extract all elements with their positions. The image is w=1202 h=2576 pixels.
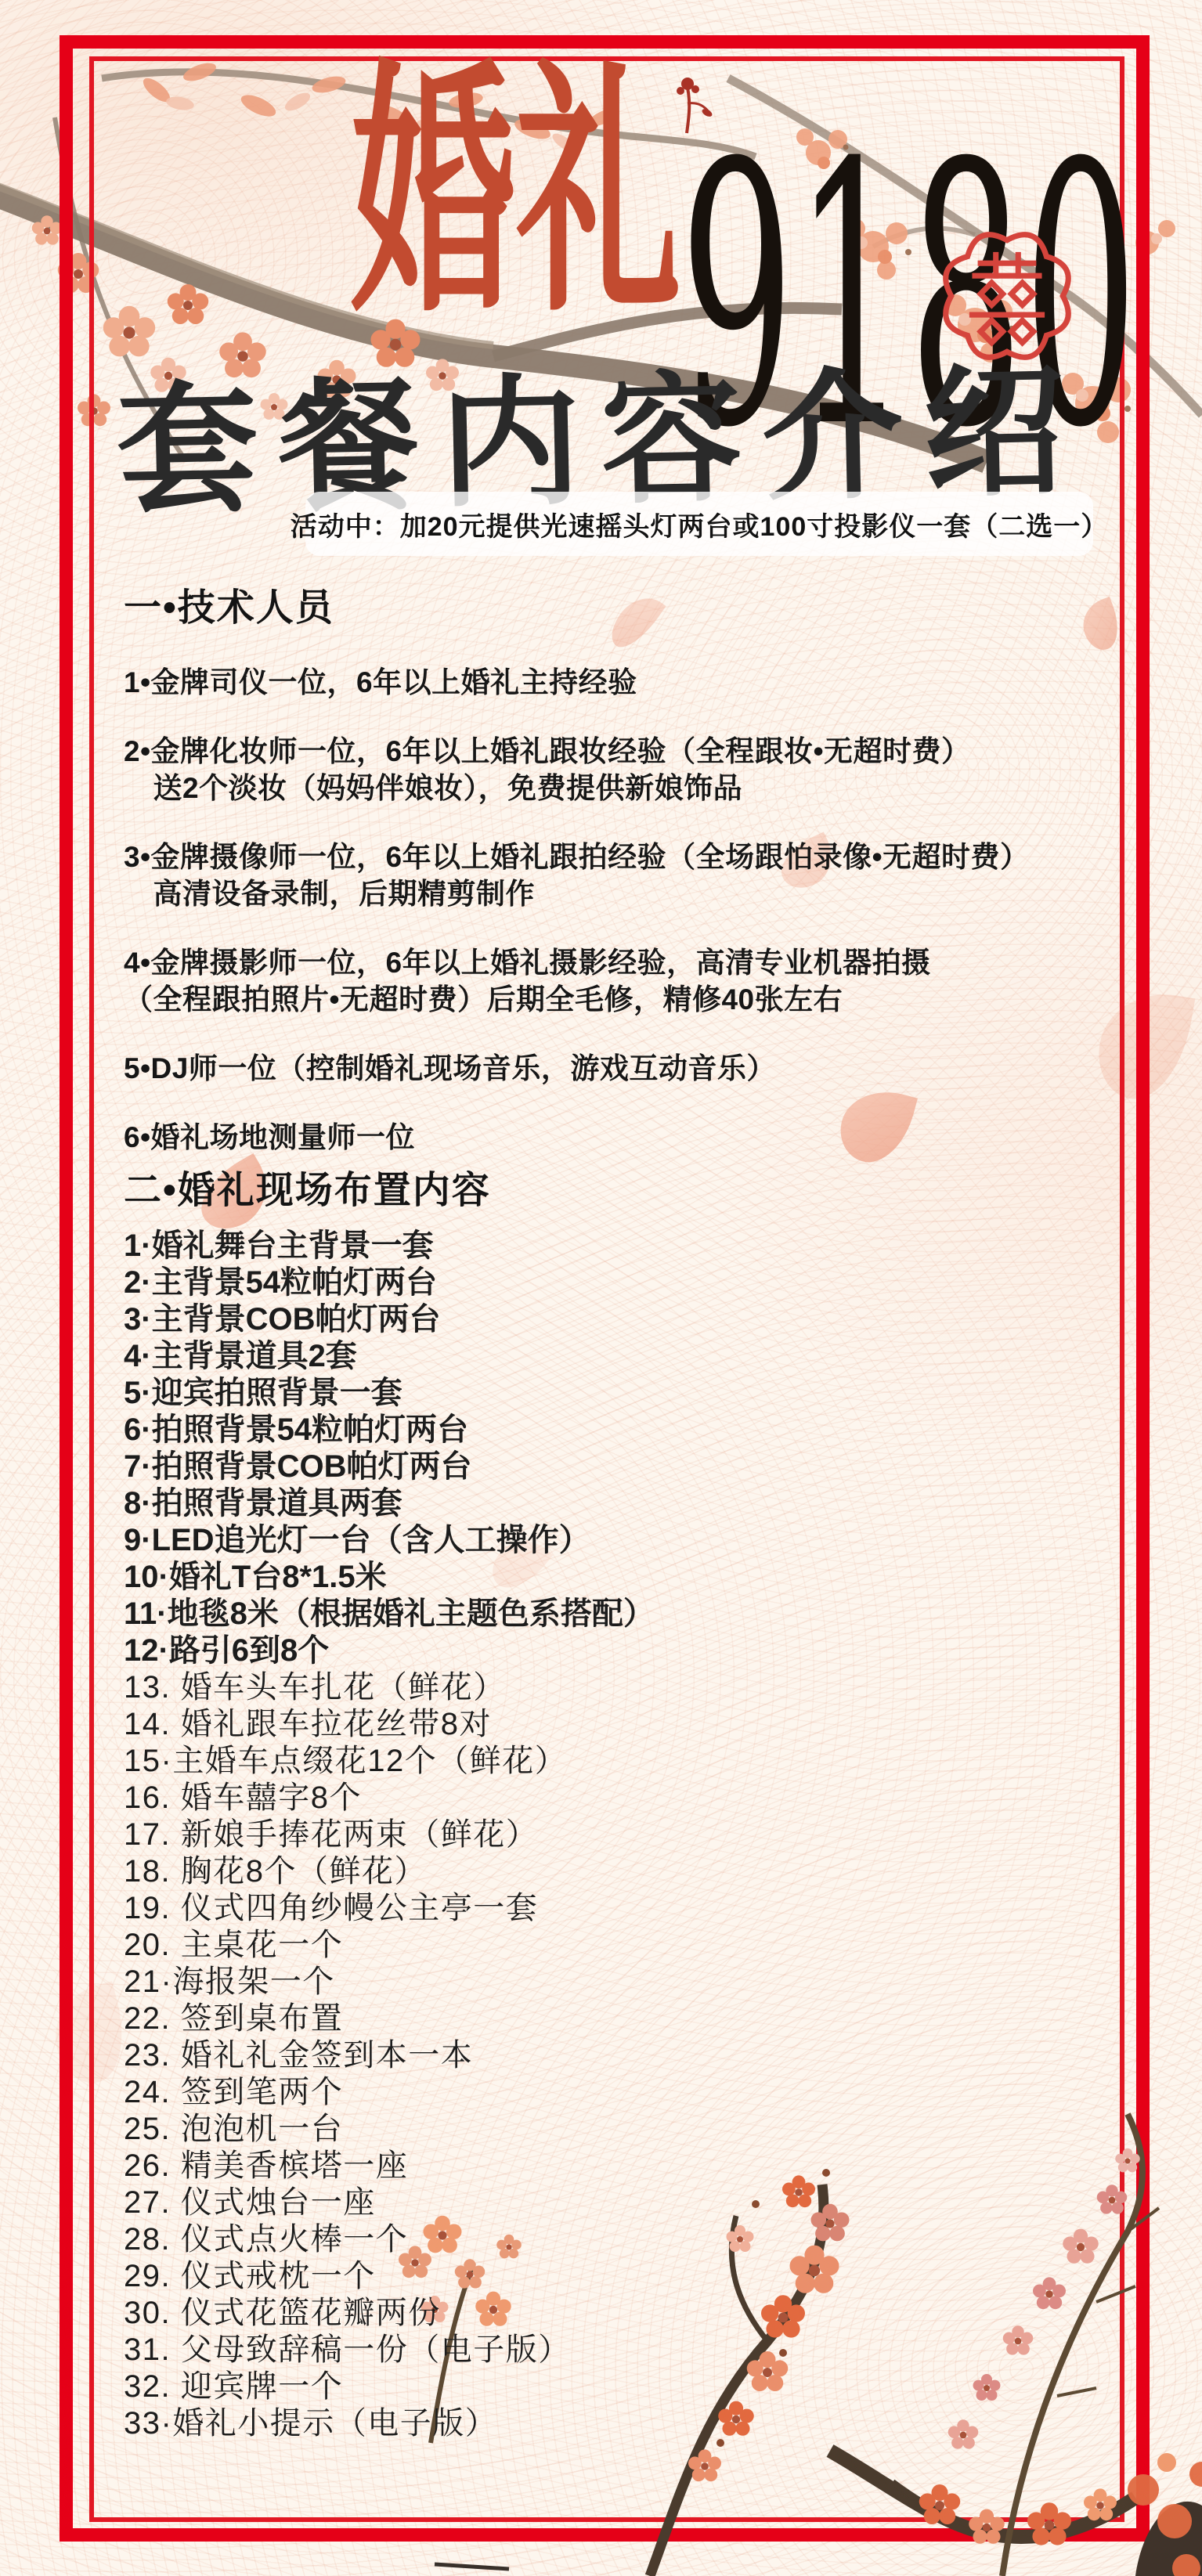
list-item: 1·婚礼舞台主背景一套 — [124, 1228, 1134, 1265]
list-item: 8·拍照背景道具两套 — [124, 1485, 1134, 1522]
section-staff: 一•技术人员 1•金牌司仪一位，6年以上婚礼主持经验2•金牌化妆师一位，6年以上… — [124, 586, 1134, 1188]
list-item: 4•金牌摄影师一位，6年以上婚礼摄影经验，高清专业机器拍摄 （全程跟拍照片•无超… — [124, 944, 1134, 1018]
section-setup: 二•婚礼现场布置内容 1·婚礼舞台主背景一套2·主背景54粒帕灯两台3·主背景C… — [124, 1168, 1134, 2442]
list-item: 15·主婚车点缀花12个（鲜花） — [124, 1743, 1134, 1780]
list-item: 28. 仪式点火棒一个 — [124, 2221, 1134, 2258]
list-item: 5•DJ师一位（控制婚礼现场音乐，游戏互动音乐） — [124, 1050, 1134, 1087]
promo-banner: 活动中：加20元提供光速摇头灯两台或100寸投影仪一套（二选一） — [305, 492, 1093, 556]
red-sprig-icon — [659, 70, 714, 137]
section-staff-list: 1•金牌司仪一位，6年以上婚礼主持经验2•金牌化妆师一位，6年以上婚礼跟妆经验（… — [124, 664, 1134, 1156]
list-item: 2·主背景54粒帕灯两台 — [124, 1265, 1134, 1301]
list-item: 14. 婚礼跟车拉花丝带8对 — [124, 1706, 1134, 1743]
list-item: 32. 迎宾牌一个 — [124, 2369, 1134, 2405]
list-item: 12·路引6到8个 — [124, 1633, 1134, 1669]
poster-title-cn: 婚礼 — [351, 41, 681, 347]
list-item: 25. 泡泡机一台 — [124, 2111, 1134, 2148]
promo-text: 活动中：加20元提供光速摇头灯两台或100寸投影仪一套（二选一） — [291, 505, 1109, 543]
list-item: 6•婚礼场地测量师一位 — [124, 1119, 1134, 1156]
section-setup-heading: 二•婚礼现场布置内容 — [124, 1168, 1134, 1214]
list-item: 18. 胸花8个（鲜花） — [124, 1853, 1134, 1890]
list-item: 16. 婚车囍字8个 — [124, 1780, 1134, 1817]
petal-decoration — [44, 1981, 136, 2090]
list-item: 30. 仪式花篮花瓣两份 — [124, 2295, 1134, 2332]
list-item: 6·拍照背景54粒帕灯两台 — [124, 1412, 1134, 1449]
list-item: 5·迎宾拍照背景一套 — [124, 1375, 1134, 1412]
list-item: 10·婚礼T台8*1.5米 — [124, 1559, 1134, 1596]
list-item: 9·LED追光灯一台（含人工操作） — [124, 1522, 1134, 1559]
wedding-package-poster: 婚礼 9180 套餐内容介绍 活动中：加20元提供光速摇头灯两台或100寸投影仪… — [0, 0, 1202, 2576]
list-item: 22. 签到桌布置 — [124, 2001, 1134, 2037]
list-item: 19. 仪式四角纱幔公主亭一套 — [124, 1890, 1134, 1927]
list-item: 1•金牌司仪一位，6年以上婚礼主持经验 — [124, 664, 1134, 701]
list-item: 20. 主桌花一个 — [124, 1927, 1134, 1964]
section-staff-heading: 一•技术人员 — [124, 586, 1134, 631]
list-item: 29. 仪式戒枕一个 — [124, 2258, 1134, 2295]
list-item: 33·婚礼小提示（电子版） — [124, 2405, 1134, 2442]
list-item: 17. 新娘手捧花两束（鲜花） — [124, 1817, 1134, 1853]
list-item: 24. 签到笔两个 — [124, 2074, 1134, 2111]
list-item: 23. 婚礼礼金签到本一本 — [124, 2037, 1134, 2074]
section-setup-list: 1·婚礼舞台主背景一套2·主背景54粒帕灯两台3·主背景COB帕灯两台4·主背景… — [124, 1228, 1134, 2442]
list-item: 3·主背景COB帕灯两台 — [124, 1301, 1134, 1338]
list-item: 7·拍照背景COB帕灯两台 — [124, 1449, 1134, 1485]
list-item: 4·主背景道具2套 — [124, 1338, 1134, 1375]
list-item: 21·海报架一个 — [124, 1964, 1134, 2001]
list-item: 26. 精美香槟塔一座 — [124, 2148, 1134, 2185]
list-item: 11·地毯8米（根据婚礼主题色系搭配） — [124, 1596, 1134, 1633]
list-item: 2•金牌化妆师一位，6年以上婚礼跟妆经验（全程跟妆•无超时费） 送2个淡妆（妈妈… — [124, 733, 1134, 806]
list-item: 27. 仪式烛台一座 — [124, 2185, 1134, 2221]
list-item: 13. 婚车头车扎花（鲜花） — [124, 1669, 1134, 1706]
list-item: 3•金牌摄像师一位，6年以上婚礼跟拍经验（全场跟怕录像•无超时费） 高清设备录制… — [124, 839, 1134, 912]
list-item: 31. 父母致辞稿一份（电子版） — [124, 2332, 1134, 2369]
